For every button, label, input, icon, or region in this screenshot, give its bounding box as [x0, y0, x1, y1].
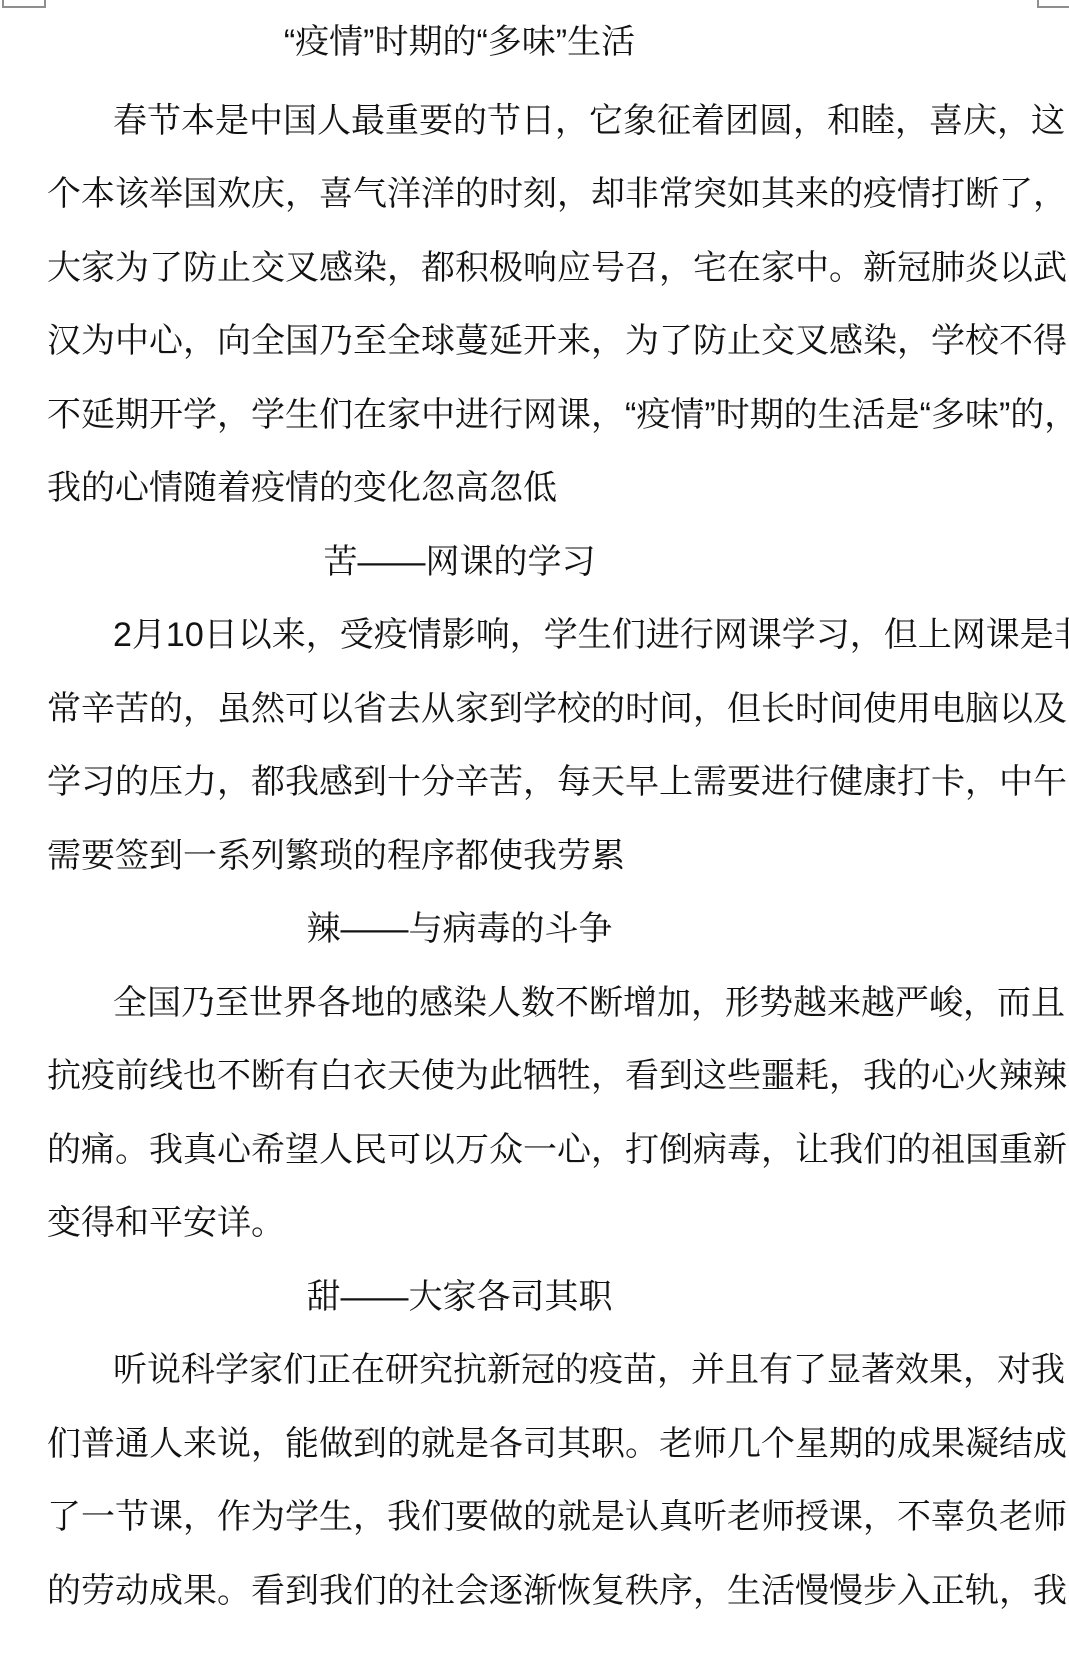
- body-line: 学习的压力，都我感到十分辛苦，每天早上需要进行健康打卡，中午: [47, 746, 1022, 820]
- body-line: 们普通人来说，能做到的就是各司其职。老师几个星期的成果凝结成: [47, 1408, 1022, 1482]
- body-line: 听说科学家们正在研究抗新冠的疫苗，并且有了显著效果，对我: [47, 1334, 1022, 1408]
- selection-handle-top-left[interactable]: [2, 0, 46, 8]
- body-line: 大家为了防止交叉感染，都积极响应号召，宅在家中。新冠肺炎以武: [47, 232, 1022, 306]
- body-line: 了一节课，作为学生，我们要做的就是认真听老师授课，不辜负老师: [47, 1481, 1022, 1555]
- body-line: 全国乃至世界各地的感染人数不断增加，形势越来越严峻，而且: [47, 967, 1022, 1041]
- section-heading-sweet: 甜——大家各司其职: [47, 1261, 1022, 1335]
- body-line: 需要签到一系列繁琐的程序都使我劳累: [47, 820, 1022, 894]
- body-line: 抗疫前线也不断有白衣天使为此牺牲，看到这些噩耗，我的心火辣辣: [47, 1040, 1022, 1114]
- body-line: 常辛苦的，虽然可以省去从家到学校的时间，但长时间使用电脑以及: [47, 673, 1022, 747]
- essay-title: “疫情”时期的“多味”生活: [47, 6, 1022, 80]
- body-line: 我的心情随着疫情的变化忽高忽低: [47, 452, 1022, 526]
- section-heading-bitter: 苦——网课的学习: [47, 526, 1022, 600]
- body-line: 变得和平安详。: [47, 1187, 1022, 1261]
- body-line: 2月10日以来，受疫情影响，学生们进行网课学习，但上网课是非: [47, 599, 1022, 673]
- body-line: 的痛。我真心希望人民可以万众一心，打倒病毒，让我们的祖国重新: [47, 1114, 1022, 1188]
- document-body: “疫情”时期的“多味”生活 春节本是中国人最重要的节日，它象征着团圆，和睦，喜庆…: [47, 0, 1022, 1628]
- selection-handle-top-right[interactable]: [1037, 0, 1069, 8]
- section-heading-spicy: 辣——与病毒的斗争: [47, 893, 1022, 967]
- body-line: 汉为中心，向全国乃至全球蔓延开来，为了防止交叉感染，学校不得: [47, 305, 1022, 379]
- body-line: 春节本是中国人最重要的节日，它象征着团圆，和睦，喜庆，这: [47, 85, 1022, 159]
- body-line: 个本该举国欢庆，喜气洋洋的时刻，却非常突如其来的疫情打断了，: [47, 158, 1022, 232]
- body-line: 的劳动成果。看到我们的社会逐渐恢复秩序，生活慢慢步入正轨，我: [47, 1555, 1022, 1629]
- document-page: “疫情”时期的“多味”生活 春节本是中国人最重要的节日，它象征着团圆，和睦，喜庆…: [0, 0, 1069, 1665]
- body-line: 不延期开学，学生们在家中进行网课，“疫情”时期的生活是“多味”的，: [47, 379, 1022, 453]
